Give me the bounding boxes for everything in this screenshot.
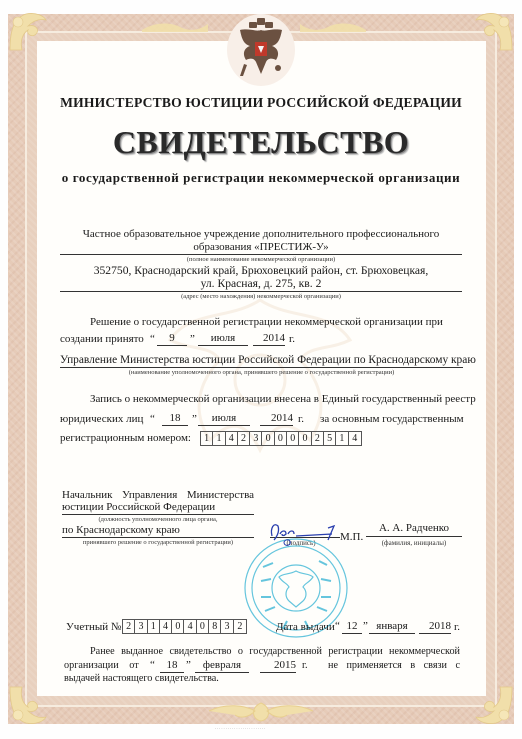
signatory-position-caption2: принявшего решение о государственной рег… — [62, 539, 254, 546]
registration-number-label: регистрационным номером: — [60, 432, 191, 444]
previous-year: 2015 — [260, 659, 296, 673]
issue-year: 2018 — [419, 620, 451, 634]
registry-month: июля — [198, 412, 250, 426]
corner-ornament-icon — [6, 683, 50, 727]
registry-text-line1: Запись о некоммерческой организации внес… — [90, 393, 476, 405]
registry-text-prefix: юридических лиц — [60, 413, 143, 425]
issue-day: 12 — [342, 620, 362, 634]
digit-box: 0 — [262, 432, 274, 445]
previous-certificate-line1: Ранее выданное свидетельство о государст… — [90, 646, 460, 657]
registry-day: 18 — [162, 412, 188, 426]
organization-address-caption: (адрес (место нахождения) некоммерческой… — [60, 293, 462, 300]
digit-box: 1 — [336, 432, 348, 445]
top-scroll-ornament-icon — [298, 20, 368, 34]
signatory-position-line2: юстиции Российской Федерации — [62, 501, 215, 513]
previous-certificate-after: не применяется в связи с — [328, 660, 460, 671]
decision-month: июля — [198, 332, 248, 346]
russian-coat-of-arms-icon — [227, 14, 295, 86]
signatory-position-line1: Начальник Управления Министерства — [62, 489, 254, 501]
document-subtitle: о государственной регистрации некоммерче… — [0, 170, 522, 186]
year-suffix: г. — [302, 660, 308, 671]
top-scroll-ornament-icon — [140, 20, 210, 34]
decision-text-line1: Решение о государственной регистрации не… — [90, 316, 443, 328]
digit-box: 3 — [250, 432, 262, 445]
digit-box: 4 — [184, 620, 196, 633]
previous-certificate-prefix: организации от — [64, 660, 139, 671]
decision-text-prefix: создании принято — [60, 333, 144, 345]
ogrn-number-boxes: 1142300002514 — [200, 431, 362, 446]
divider — [60, 254, 462, 255]
ministry-name: МИНИСТЕРСТВО ЮСТИЦИИ РОССИЙСКОЙ ФЕДЕРАЦИ… — [0, 95, 522, 111]
digit-box: 2 — [238, 432, 250, 445]
digit-box: 4 — [349, 432, 361, 445]
corner-ornament-icon — [472, 683, 516, 727]
organization-address-line1: 352750, Краснодарский край, Брюховецкий … — [60, 264, 462, 277]
divider — [60, 291, 462, 292]
registering-authority: Управление Министерства юстиции Российск… — [60, 354, 463, 366]
digit-box: 1 — [201, 432, 213, 445]
previous-certificate-line3: выдачей настоящего свидетельства. — [64, 673, 219, 684]
digit-box: 4 — [226, 432, 238, 445]
registering-authority-caption: (наименование уполномоченного органа, пр… — [60, 369, 463, 376]
open-quote: “ — [335, 620, 340, 632]
decision-year: 2014 — [253, 332, 285, 346]
open-quote: “ — [150, 659, 155, 671]
divider — [62, 537, 254, 538]
digit-box: 2 — [312, 432, 324, 445]
year-suffix: г. — [289, 333, 295, 345]
registry-text-after: за основным государственным — [320, 413, 464, 425]
previous-day: 18 — [160, 659, 184, 673]
signatory-position-line3: по Краснодарскому краю — [62, 524, 180, 536]
close-quote: ” — [190, 333, 195, 345]
digit-box: 1 — [148, 620, 160, 633]
issue-date-label: Дата выдачи — [276, 621, 335, 633]
signature-icon — [268, 518, 338, 548]
corner-ornament-icon — [472, 10, 516, 54]
corner-ornament-icon — [6, 10, 50, 54]
year-suffix: г. — [298, 413, 304, 425]
digit-box: 0 — [172, 620, 184, 633]
close-quote: ” — [192, 413, 197, 425]
divider — [60, 367, 463, 368]
digit-box: 3 — [221, 620, 233, 633]
account-number-label: Учетный № — [66, 621, 121, 633]
open-quote: “ — [150, 413, 155, 425]
printer-imprint: · · · · · · · · · · · · · · · · · · · · … — [215, 727, 265, 731]
signatory-name: А. А. Радченко — [366, 522, 462, 534]
open-quote: “ — [150, 333, 155, 345]
organization-name-line2: образования «ПРЕСТИЖ-У» — [60, 241, 462, 253]
digit-box: 2 — [123, 620, 135, 633]
signatory-position-caption1: (должность уполномоченного лица органа, — [62, 516, 254, 523]
organization-name-caption: (полное наименование некоммерческой орга… — [60, 256, 462, 263]
digit-box: 0 — [275, 432, 287, 445]
issue-month: января — [369, 620, 415, 634]
registry-year: 2014 — [260, 412, 293, 426]
close-quote: ” — [186, 659, 191, 671]
digit-box: 1 — [213, 432, 225, 445]
digit-box: 0 — [197, 620, 209, 633]
digit-box: 0 — [287, 432, 299, 445]
digit-box: 8 — [209, 620, 221, 633]
bottom-scroll-ornament-icon — [205, 699, 317, 723]
digit-box: 4 — [160, 620, 172, 633]
signatory-name-caption: (фамилия, инициалы) — [366, 539, 462, 547]
decision-day: 9 — [157, 332, 187, 346]
close-quote: ” — [363, 620, 368, 632]
account-number-boxes: 2314040832 — [122, 619, 247, 634]
digit-box: 0 — [299, 432, 311, 445]
organization-name-line1: Частное образовательное учреждение допол… — [60, 228, 462, 240]
digit-box: 5 — [324, 432, 336, 445]
digit-box: 2 — [234, 620, 246, 633]
document-title: СВИДЕТЕЛЬСТВО — [0, 124, 522, 161]
divider — [62, 514, 254, 515]
organization-address-line2: ул. Красная, д. 275, кв. 2 — [60, 277, 462, 290]
year-suffix: г. — [454, 621, 460, 633]
previous-month: февраля — [195, 659, 249, 673]
digit-box: 3 — [135, 620, 147, 633]
divider — [366, 536, 462, 537]
